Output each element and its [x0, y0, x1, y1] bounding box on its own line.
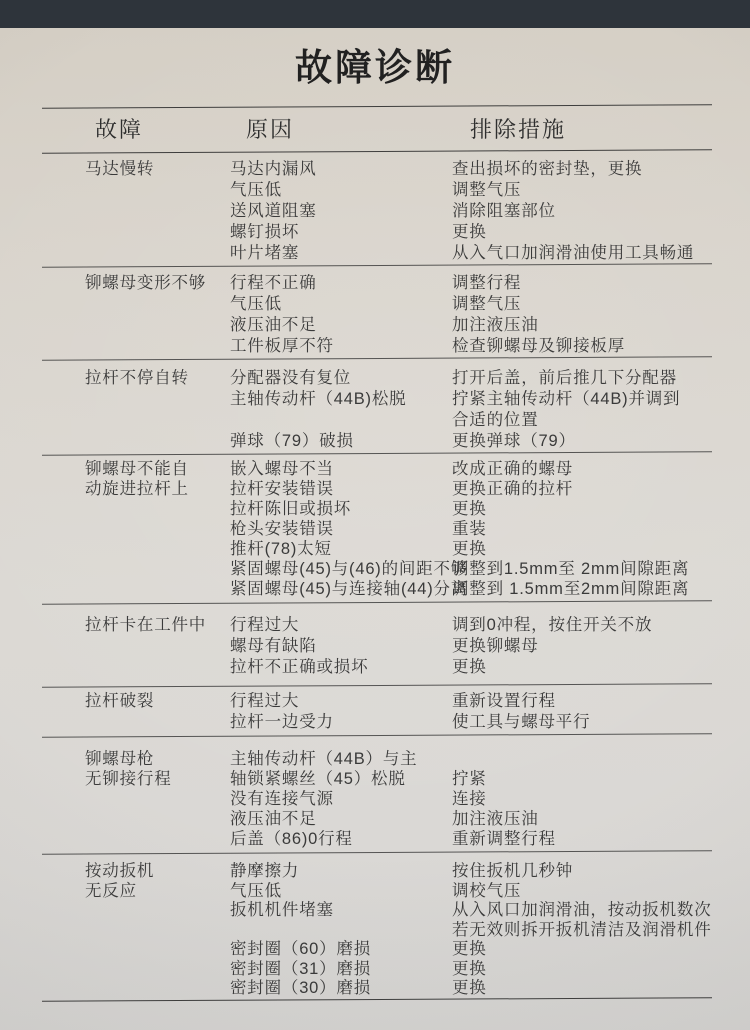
- column-header-cause: 原因: [246, 107, 294, 153]
- fault-cell-line: 马达慢转: [85, 159, 230, 180]
- fault-section: 按动扳机无反应静摩擦力气压低扳机机件堵塞 密封圈（60）磨损密封圈（31）磨损密…: [0, 853, 750, 999]
- cause-cell-line: 轴锁紧螺丝（45）松脱: [230, 769, 452, 789]
- fault-cell-line: 铆螺母枪: [85, 749, 230, 769]
- cause-cell-line: 嵌入螺母不当: [230, 459, 452, 479]
- remedy-cell-line: 消除阻塞部位: [452, 201, 722, 222]
- remedy-cell-line: 调整气压: [452, 294, 722, 315]
- remedy-cell: 调到0冲程，按住开关不放更换铆螺母更换: [452, 615, 722, 678]
- remedy-cell-line: 更换: [452, 657, 722, 678]
- remedy-cell-line: 更换铆螺母: [452, 636, 722, 657]
- remedy-cell-line: 加注液压油: [452, 809, 722, 829]
- remedy-cell-line: 调整到1.5mm至 2mm间隙距离: [452, 559, 722, 579]
- remedy-cell-line: 重装: [452, 519, 722, 539]
- remedy-cell-line: 重新调整行程: [452, 829, 722, 849]
- cause-cell-line: 拉杆一边受力: [230, 712, 452, 733]
- cause-cell-line: 没有连接气源: [230, 789, 452, 809]
- cause-cell-line: 拉杆不正确或损坏: [230, 657, 452, 678]
- cause-cell-line: 气压低: [230, 294, 452, 315]
- fault-section: 铆螺母不能自动旋进拉杆上嵌入螺母不当拉杆安装错误拉杆陈旧或损坏枪头安装错误推杆(…: [0, 454, 750, 602]
- paper-document: 故障诊断 故障 原因 排除措施 马达慢转马达内漏风气压低送风道阻塞螺钉损坏叶片堵…: [0, 28, 750, 1030]
- cause-cell: 行程不正确气压低液压油不足工件板厚不符: [230, 273, 452, 357]
- cause-cell-line: 工件板厚不符: [230, 336, 452, 357]
- remedy-cell-line: 调整行程: [452, 273, 722, 294]
- cause-cell-line: 行程过大: [230, 691, 452, 712]
- remedy-cell-line: 加注液压油: [452, 315, 722, 336]
- remedy-cell: 拧紧连接加注液压油重新调整行程: [452, 749, 722, 849]
- remedy-cell-line: 连接: [452, 789, 722, 809]
- cause-cell-line: 紧固螺母(45)与(46)的间距不够: [230, 559, 452, 579]
- photo-frame: 故障诊断 故障 原因 排除措施 马达慢转马达内漏风气压低送风道阻塞螺钉损坏叶片堵…: [0, 0, 750, 1030]
- remedy-cell-line: 更换: [452, 499, 722, 519]
- cause-cell-line: 弹球（79）破损: [230, 431, 452, 452]
- remedy-cell-line: 合适的位置: [452, 410, 722, 431]
- remedy-cell-line: 使工具与螺母平行: [452, 712, 722, 733]
- remedy-cell-line: 若无效则拆开扳机清洁及润滑机件: [452, 921, 722, 941]
- cause-cell: 分配器没有复位主轴传动杆（44B)松脱 弹球（79）破损: [230, 368, 452, 452]
- remedy-cell-line: 拧紧主轴传动杆（44B)并调到: [452, 389, 722, 410]
- fault-cell-line: 动旋进拉杆上: [85, 479, 230, 499]
- cause-cell: 静摩擦力气压低扳机机件堵塞 密封圈（60）磨损密封圈（31）磨损密封圈（30）磨…: [230, 862, 452, 999]
- remedy-cell: 按住扳机几秒钟调校气压从入风口加润滑油，按动扳机数次若无效则拆开扳机清洁及润滑机…: [452, 862, 722, 999]
- cause-cell-line: 紧固螺母(45)与连接轴(44)分离: [230, 579, 452, 599]
- cause-cell-line: 密封圈（31）磨损: [230, 960, 452, 980]
- cause-cell-line: 扳机机件堵塞: [230, 901, 452, 921]
- remedy-cell-line: 更换: [452, 960, 722, 980]
- remedy-cell-line: 更换: [452, 222, 722, 243]
- fault-section: 马达慢转马达内漏风气压低送风道阻塞螺钉损坏叶片堵塞查出损坏的密封垫，更换调整气压…: [0, 152, 750, 265]
- remedy-cell-line: 从入气口加润滑油使用工具畅通: [452, 243, 722, 264]
- fault-cell-line: 拉杆卡在工件中: [85, 615, 230, 636]
- remedy-cell: 打开后盖，前后推几下分配器拧紧主轴传动杆（44B)并调到合适的位置更换弹球（79…: [452, 368, 722, 452]
- remedy-cell-line: 拧紧: [452, 769, 722, 789]
- cause-cell-line: 行程过大: [230, 615, 452, 636]
- remedy-cell-line: 从入风口加润滑油，按动扳机数次: [452, 901, 722, 921]
- remedy-cell-line: 重新设置行程: [452, 691, 722, 712]
- remedy-cell-line: 更换: [452, 539, 722, 559]
- fault-section: 铆螺母变形不够行程不正确气压低液压油不足工件板厚不符调整行程调整气压加注液压油检…: [0, 266, 750, 358]
- cause-cell-line: 静摩擦力: [230, 862, 452, 882]
- remedy-cell: 重新设置行程使工具与螺母平行: [452, 691, 722, 733]
- remedy-cell-line: 按住扳机几秒钟: [452, 862, 722, 882]
- fault-cell-line: 按动扳机: [85, 862, 230, 882]
- remedy-cell-line: 更换正确的拉杆: [452, 479, 722, 499]
- cause-cell-line: 后盖（86)0行程: [230, 829, 452, 849]
- cause-cell-line: 叶片堵塞: [230, 243, 452, 264]
- fault-section: 拉杆破裂行程过大拉杆一边受力重新设置行程使工具与螺母平行: [0, 686, 750, 735]
- fault-section: 拉杆不停自转分配器没有复位主轴传动杆（44B)松脱 弹球（79）破损打开后盖，前…: [0, 359, 750, 453]
- fault-cell: 按动扳机无反应: [85, 862, 230, 999]
- cause-cell-line: 螺母有缺陷: [230, 636, 452, 657]
- cause-cell: 嵌入螺母不当拉杆安装错误拉杆陈旧或损坏枪头安装错误推杆(78)太短紧固螺母(45…: [230, 459, 452, 599]
- cause-cell-line: 气压低: [230, 180, 452, 201]
- remedy-cell-line: 更换: [452, 979, 722, 999]
- fault-cell-line: 拉杆不停自转: [85, 368, 230, 389]
- cause-cell-line: 主轴传动杆（44B)松脱: [230, 389, 452, 410]
- fault-cell: 铆螺母变形不够: [85, 273, 230, 357]
- cause-cell-line: 推杆(78)太短: [230, 539, 452, 559]
- cause-cell-line: 螺钉损坏: [230, 222, 452, 243]
- fault-cell: 拉杆不停自转: [85, 368, 230, 452]
- remedy-cell: 查出损坏的密封垫，更换调整气压消除阻塞部位更换从入气口加润滑油使用工具畅通: [452, 159, 722, 264]
- cause-cell-line: 液压油不足: [230, 315, 452, 336]
- cause-cell-line: 液压油不足: [230, 809, 452, 829]
- cause-cell-line: 行程不正确: [230, 273, 452, 294]
- cause-cell: 马达内漏风气压低送风道阻塞螺钉损坏叶片堵塞: [230, 159, 452, 264]
- cause-cell-line: 分配器没有复位: [230, 368, 452, 389]
- fault-cell: 拉杆破裂: [85, 691, 230, 733]
- cause-cell-line: 送风道阻塞: [230, 201, 452, 222]
- remedy-cell-line: 更换: [452, 940, 722, 960]
- remedy-cell-line: 调整到 1.5mm至2mm间隙距离: [452, 579, 722, 599]
- remedy-cell-line: 调到0冲程，按住开关不放: [452, 615, 722, 636]
- cause-cell: 行程过大拉杆一边受力: [230, 691, 452, 733]
- fault-cell-line: 铆螺母不能自: [85, 459, 230, 479]
- cause-cell-line: 枪头安装错误: [230, 519, 452, 539]
- remedy-cell: 调整行程调整气压加注液压油检查铆螺母及铆接板厚: [452, 273, 722, 357]
- page-title: 故障诊断: [0, 28, 750, 90]
- fault-cell: 铆螺母不能自动旋进拉杆上: [85, 459, 230, 599]
- cause-cell: 主轴传动杆（44B）与主轴锁紧螺丝（45）松脱没有连接气源液压油不足后盖（86)…: [230, 749, 452, 849]
- remedy-cell-line: 检查铆螺母及铆接板厚: [452, 336, 722, 357]
- cause-cell-line: 拉杆陈旧或损坏: [230, 499, 452, 519]
- remedy-cell-line: 调整气压: [452, 180, 722, 201]
- cause-cell-line: 主轴传动杆（44B）与主: [230, 749, 452, 769]
- column-header-fault: 故障: [95, 107, 143, 153]
- cause-cell-line: 拉杆安装错误: [230, 479, 452, 499]
- table-header-row: 故障 原因 排除措施: [0, 107, 750, 151]
- fault-table-body: 马达慢转马达内漏风气压低送风道阻塞螺钉损坏叶片堵塞查出损坏的密封垫，更换调整气压…: [0, 152, 750, 1000]
- remedy-cell-line: 查出损坏的密封垫，更换: [452, 159, 722, 180]
- cause-cell-line: [230, 921, 452, 941]
- fault-section: 拉杆卡在工件中行程过大螺母有缺陷拉杆不正确或损坏调到0冲程，按住开关不放更换铆螺…: [0, 603, 750, 685]
- remedy-cell-line: 更换弹球（79）: [452, 431, 722, 452]
- remedy-cell-line: 打开后盖，前后推几下分配器: [452, 368, 722, 389]
- cause-cell-line: [230, 410, 452, 431]
- fault-cell-line: 铆螺母变形不够: [85, 273, 230, 294]
- cause-cell-line: 密封圈（60）磨损: [230, 940, 452, 960]
- column-header-remedy: 排除措施: [470, 107, 566, 153]
- fault-cell-line: 拉杆破裂: [85, 691, 230, 712]
- cause-cell-line: 马达内漏风: [230, 159, 452, 180]
- remedy-cell-line: 改成正确的螺母: [452, 459, 722, 479]
- remedy-cell: 改成正确的螺母更换正确的拉杆更换重装更换调整到1.5mm至 2mm间隙距离调整到…: [452, 459, 722, 599]
- fault-cell-line: 无反应: [85, 882, 230, 902]
- photo-dark-edge: [0, 0, 750, 28]
- cause-cell-line: 气压低: [230, 882, 452, 902]
- fault-cell: 拉杆卡在工件中: [85, 615, 230, 678]
- cause-cell: 行程过大螺母有缺陷拉杆不正确或损坏: [230, 615, 452, 678]
- remedy-cell-line: [452, 749, 722, 769]
- cause-cell-line: 密封圈（30）磨损: [230, 979, 452, 999]
- fault-cell: 铆螺母枪无铆接行程: [85, 749, 230, 849]
- fault-cell: 马达慢转: [85, 159, 230, 264]
- fault-cell-line: 无铆接行程: [85, 769, 230, 789]
- fault-section: 铆螺母枪无铆接行程主轴传动杆（44B）与主轴锁紧螺丝（45）松脱没有连接气源液压…: [0, 736, 750, 852]
- remedy-cell-line: 调校气压: [452, 882, 722, 902]
